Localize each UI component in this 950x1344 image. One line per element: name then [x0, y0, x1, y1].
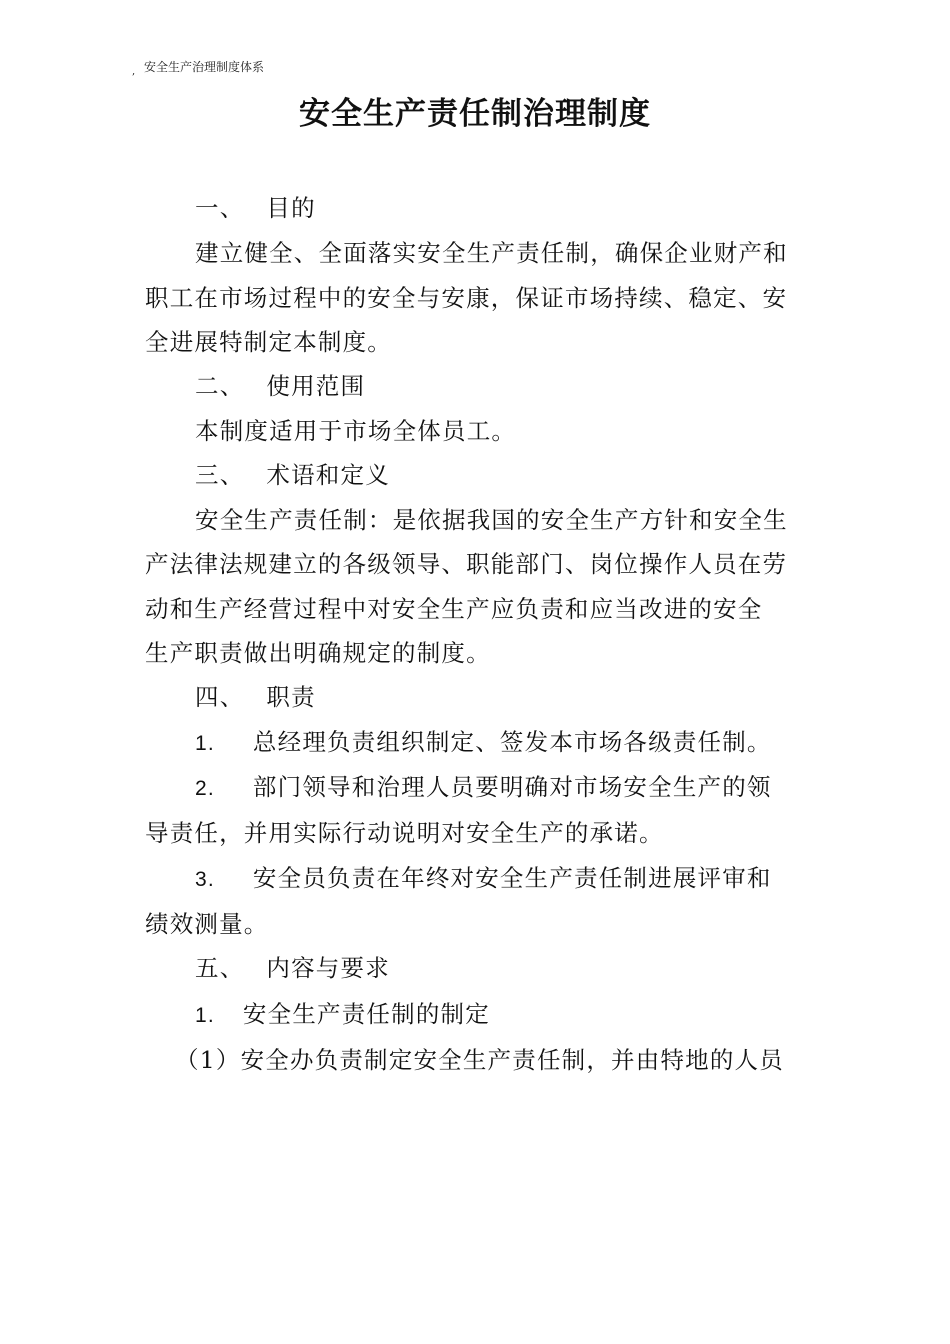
- section-number: 五、: [195, 954, 244, 982]
- list-item-continuation: 导责任，并用实际行动说明对安全生产的承诺。: [145, 818, 815, 848]
- paragraph-line: 全进展特制定本制度。: [145, 327, 815, 357]
- section-number: 三、: [195, 461, 244, 489]
- paragraph-line: 建立健全、全面落实安全生产责任制，确保企业财产和: [195, 238, 865, 268]
- paragraph-line: 产法律法规建立的各级领导、职能部门、岗位操作人员在劳: [145, 549, 815, 579]
- section-title: 职责: [266, 683, 315, 711]
- list-text: 部门领导和治理人员要明确对市场安全生产的领: [253, 773, 772, 801]
- paragraph-line: 动和生产经营过程中对安全生产应负责和应当改进的安全: [145, 594, 815, 624]
- section-title: 术语和定义: [266, 461, 390, 489]
- section-heading-scope: 二、使用范围: [195, 371, 865, 401]
- section-number: 一、: [195, 194, 244, 222]
- paragraph-line: 生产职责做出明确规定的制度。: [145, 638, 815, 668]
- section-heading-content: 五、内容与要求: [195, 953, 865, 983]
- paragraph-line: 本制度适用于市场全体员工。: [195, 416, 865, 446]
- list-number: 1.: [195, 729, 215, 759]
- subsection-title: 安全生产责任制的制定: [243, 1000, 490, 1028]
- list-item-continuation: 绩效测量。: [145, 909, 815, 939]
- document-title: 安全生产责任制治理制度: [0, 88, 950, 133]
- section-heading-purpose: 一、目的: [195, 193, 865, 223]
- section-title: 内容与要求: [266, 954, 390, 982]
- sub-item-number: （1）: [175, 1046, 241, 1074]
- header-mark: ,: [132, 66, 135, 77]
- running-header: 安全生产治理制度体系: [144, 58, 264, 75]
- list-item: 3.安全员负责在年终对安全生产责任制进展评审和: [195, 863, 865, 895]
- section-number: 四、: [195, 683, 244, 711]
- list-text: 总经理负责组织制定、签发本市场各级责任制。: [253, 728, 772, 756]
- sub-item: （1）安全办负责制定安全生产责任制，并由特地的人员: [175, 1045, 845, 1075]
- list-number: 3.: [195, 865, 215, 895]
- subsection-heading: 1.安全生产责任制的制定: [195, 999, 865, 1031]
- section-title: 使用范围: [266, 372, 365, 400]
- paragraph-line: 安全生产责任制：是依据我国的安全生产方针和安全生: [195, 505, 865, 535]
- subsection-number: 1.: [195, 1001, 215, 1031]
- list-number: 2.: [195, 774, 215, 804]
- list-item: 2.部门领导和治理人员要明确对市场安全生产的领: [195, 772, 865, 804]
- list-item: 1.总经理负责组织制定、签发本市场各级责任制。: [195, 727, 865, 759]
- sub-item-text: 安全办负责制定安全生产责任制，并由特地的人员: [241, 1046, 784, 1074]
- section-heading-definitions: 三、术语和定义: [195, 460, 865, 490]
- list-text: 安全员负责在年终对安全生产责任制进展评审和: [253, 864, 772, 892]
- section-number: 二、: [195, 372, 244, 400]
- paragraph-line: 职工在市场过程中的安全与安康，保证市场持续、稳定、安: [145, 283, 815, 313]
- section-heading-responsibilities: 四、职责: [195, 682, 865, 712]
- section-title: 目的: [266, 194, 315, 222]
